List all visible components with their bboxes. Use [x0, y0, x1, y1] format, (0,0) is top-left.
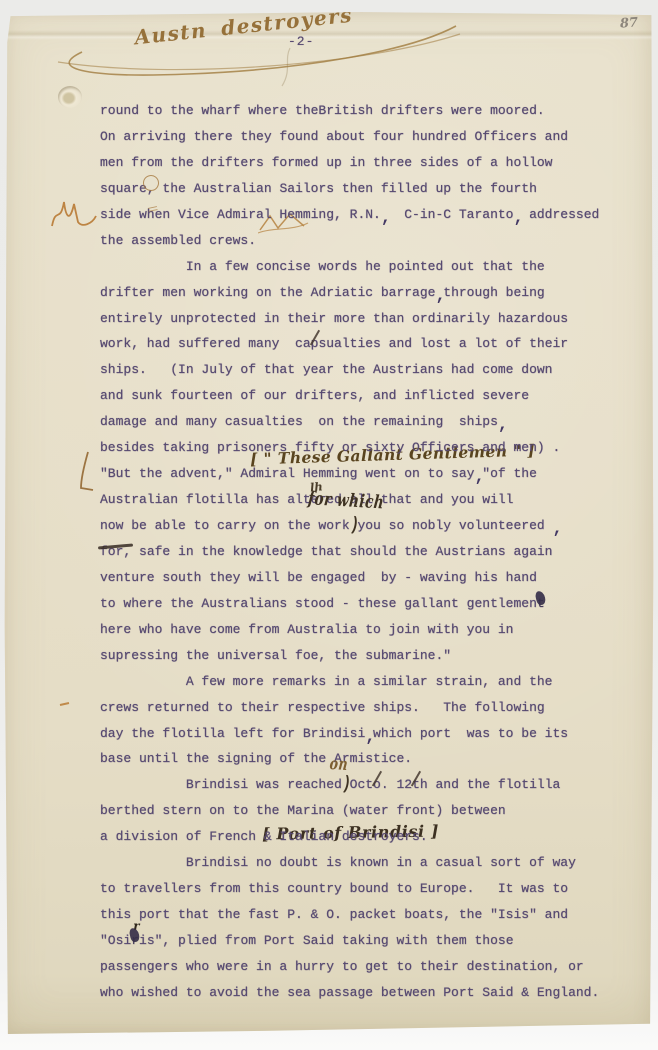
- typed-line: passengers who were in a hurry to get to…: [100, 954, 620, 980]
- typed-line: and sunk fourteen of our drifters, and i…: [100, 383, 620, 409]
- margin-scribble: [50, 194, 100, 234]
- typed-line: crews returned to their respective ships…: [100, 695, 620, 721]
- typed-line: In a few concise words he pointed out th…: [100, 254, 620, 280]
- margin-bracket: [76, 450, 98, 496]
- typed-lines: round to the wharf where theBritish drif…: [100, 98, 620, 1006]
- typed-line: berthed stern on to the Marina (water fr…: [100, 798, 620, 824]
- typed-line: A few more remarks in a similar strain, …: [100, 669, 620, 695]
- typed-line: base until the signing of the Armistice.: [100, 746, 620, 772]
- typed-line: "But the advent," Admiral Hemming went o…: [100, 461, 620, 487]
- typed-line: On arriving there they found about four …: [100, 124, 620, 150]
- scanned-typescript-page: { "document": { "header": { "handwritten…: [0, 0, 658, 1050]
- paper-blemish: [58, 86, 82, 108]
- handwritten-insertion: r: [133, 914, 140, 940]
- typed-line: entirely unprotected in their more than …: [100, 306, 620, 332]
- typed-line: work, had suffered many capsualties and …: [100, 331, 620, 357]
- handwritten-insertion: on: [328, 747, 350, 783]
- typed-line: supressing the universal foe, the submar…: [100, 643, 620, 669]
- typed-line: who wished to avoid the sea passage betw…: [100, 980, 620, 1006]
- typed-line: Brindisi no doubt is known in a casual s…: [100, 850, 620, 876]
- typed-line: to where the Australians stood - these g…: [100, 591, 620, 617]
- typed-line: day the flotilla left for Brindisi,which…: [100, 721, 620, 747]
- typed-line: venture south they will be engaged by - …: [100, 565, 620, 591]
- typed-line: this port that the fast P. & O. packet b…: [100, 902, 620, 928]
- typed-line: men from the drifters formed up in three…: [100, 150, 620, 176]
- paper-sheet: Austn destroyers 87 -2- [ " These Gallan…: [4, 12, 654, 1034]
- typed-line: the assembled crews.: [100, 228, 620, 254]
- typed-line: damage and many casualties on the remain…: [100, 409, 620, 435]
- typed-line: side when Vice Admiral Hemming, R.N., C-…: [100, 202, 620, 228]
- typed-line: besides taking prisoners fifty or sixty …: [100, 435, 620, 461]
- margin-dash: [58, 700, 72, 710]
- typed-line: "Osirris", plied from Port Said taking w…: [100, 928, 620, 954]
- typed-line: ships. (In July of that year the Austria…: [100, 357, 620, 383]
- typed-line: a division of French & Italian destroyer…: [100, 824, 620, 850]
- typed-line: square, the Australian Sailors then fill…: [100, 176, 620, 202]
- typed-line: to travellers from this country bound to…: [100, 876, 620, 902]
- typed-line: here who have come from Australia to joi…: [100, 617, 620, 643]
- typed-line: now be able to carry on the work)for whi…: [100, 513, 620, 539]
- pencil-page-number: 87: [619, 15, 638, 31]
- handwritten-insertion: for which: [306, 483, 386, 522]
- typed-line: drifter men working on the Adriatic barr…: [100, 280, 620, 306]
- typed-line: round to the wharf where theBritish drif…: [100, 98, 620, 124]
- typed-line: Brindisi was reached)onOcto. 12th and th…: [100, 772, 620, 798]
- typed-page-number: -2-: [288, 34, 314, 49]
- typed-line: for, safe in the knowledge that should t…: [100, 539, 620, 565]
